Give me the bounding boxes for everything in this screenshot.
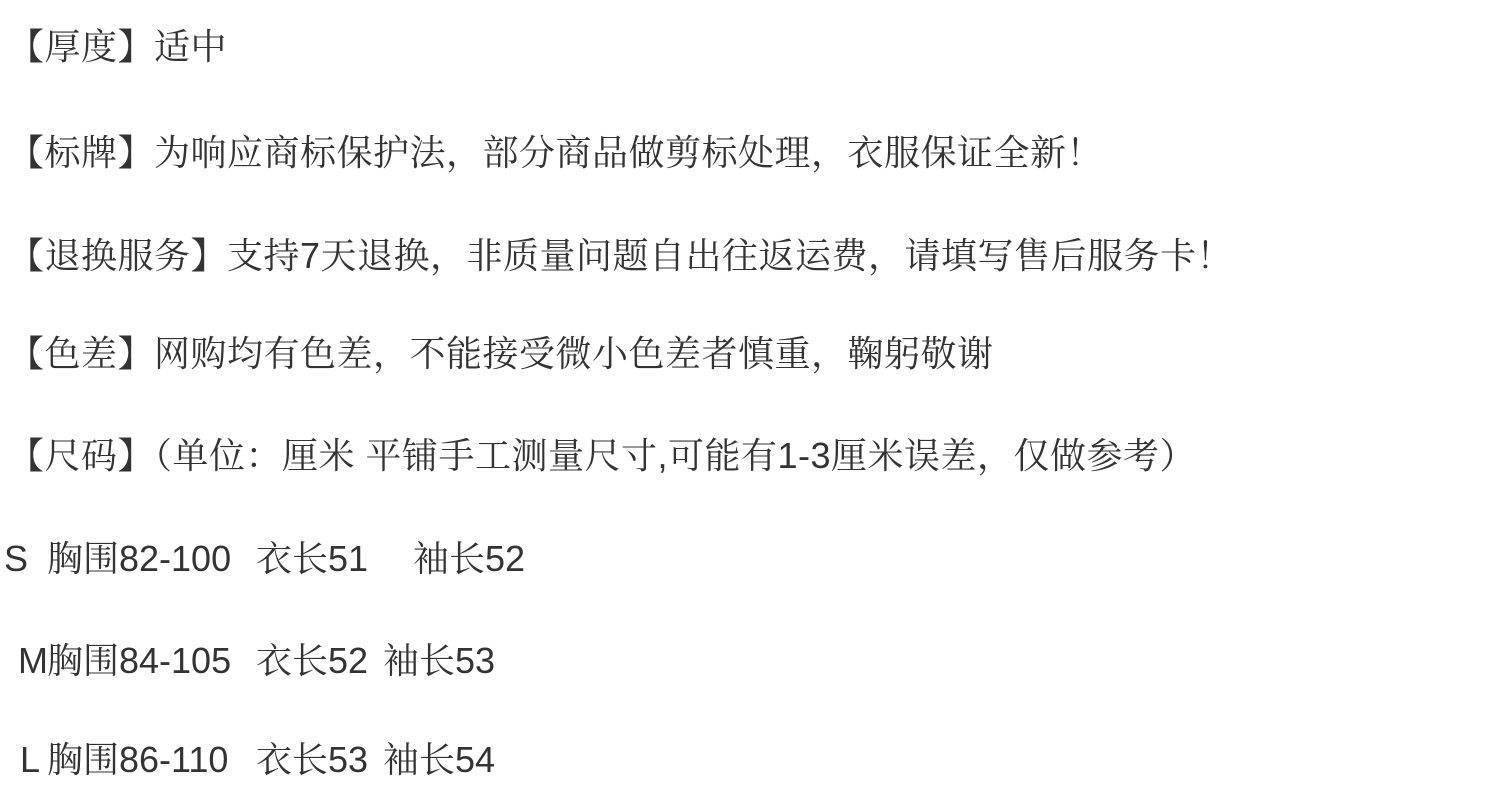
- size-length: 衣长51: [256, 537, 368, 581]
- note-color-difference: 【色差】网购均有色差，不能接受微小色差者慎重，鞠躬敬谢: [8, 332, 994, 376]
- note-size-heading: 【尺码】（单位：厘米 平铺手工测量尺寸,可能有1-3厘米误差，仅做参考）: [8, 434, 1196, 478]
- size-row-l: L 胸围86-110 衣长53 袖长54: [0, 738, 1500, 782]
- note-label-tag: 【标牌】为响应商标保护法，部分商品做剪标处理，衣服保证全新！: [8, 131, 1103, 175]
- size-length: 衣长53: [256, 738, 368, 782]
- size-label: M: [18, 639, 48, 683]
- size-bust: 胸围84-105: [47, 639, 231, 683]
- size-row-s: S 胸围82-100 衣长51 袖长52: [0, 537, 1500, 581]
- size-bust: 胸围86-110: [47, 738, 228, 782]
- size-length: 衣长52: [256, 639, 368, 683]
- note-thickness: 【厚度】适中: [8, 25, 227, 69]
- size-label: S: [4, 537, 28, 581]
- size-sleeve: 袖长52: [413, 537, 525, 581]
- product-description-panel: 【厚度】适中 【标牌】为响应商标保护法，部分商品做剪标处理，衣服保证全新！ 【退…: [0, 0, 1500, 810]
- size-sleeve: 袖长54: [383, 738, 495, 782]
- note-return-service: 【退换服务】支持7天退换，非质量问题自出往返运费，请填写售后服务卡！: [8, 234, 1233, 278]
- size-row-m: M 胸围84-105 衣长52 袖长53: [0, 639, 1500, 683]
- size-bust: 胸围82-100: [47, 537, 231, 581]
- size-label: L: [20, 738, 40, 782]
- size-sleeve: 袖长53: [383, 639, 495, 683]
